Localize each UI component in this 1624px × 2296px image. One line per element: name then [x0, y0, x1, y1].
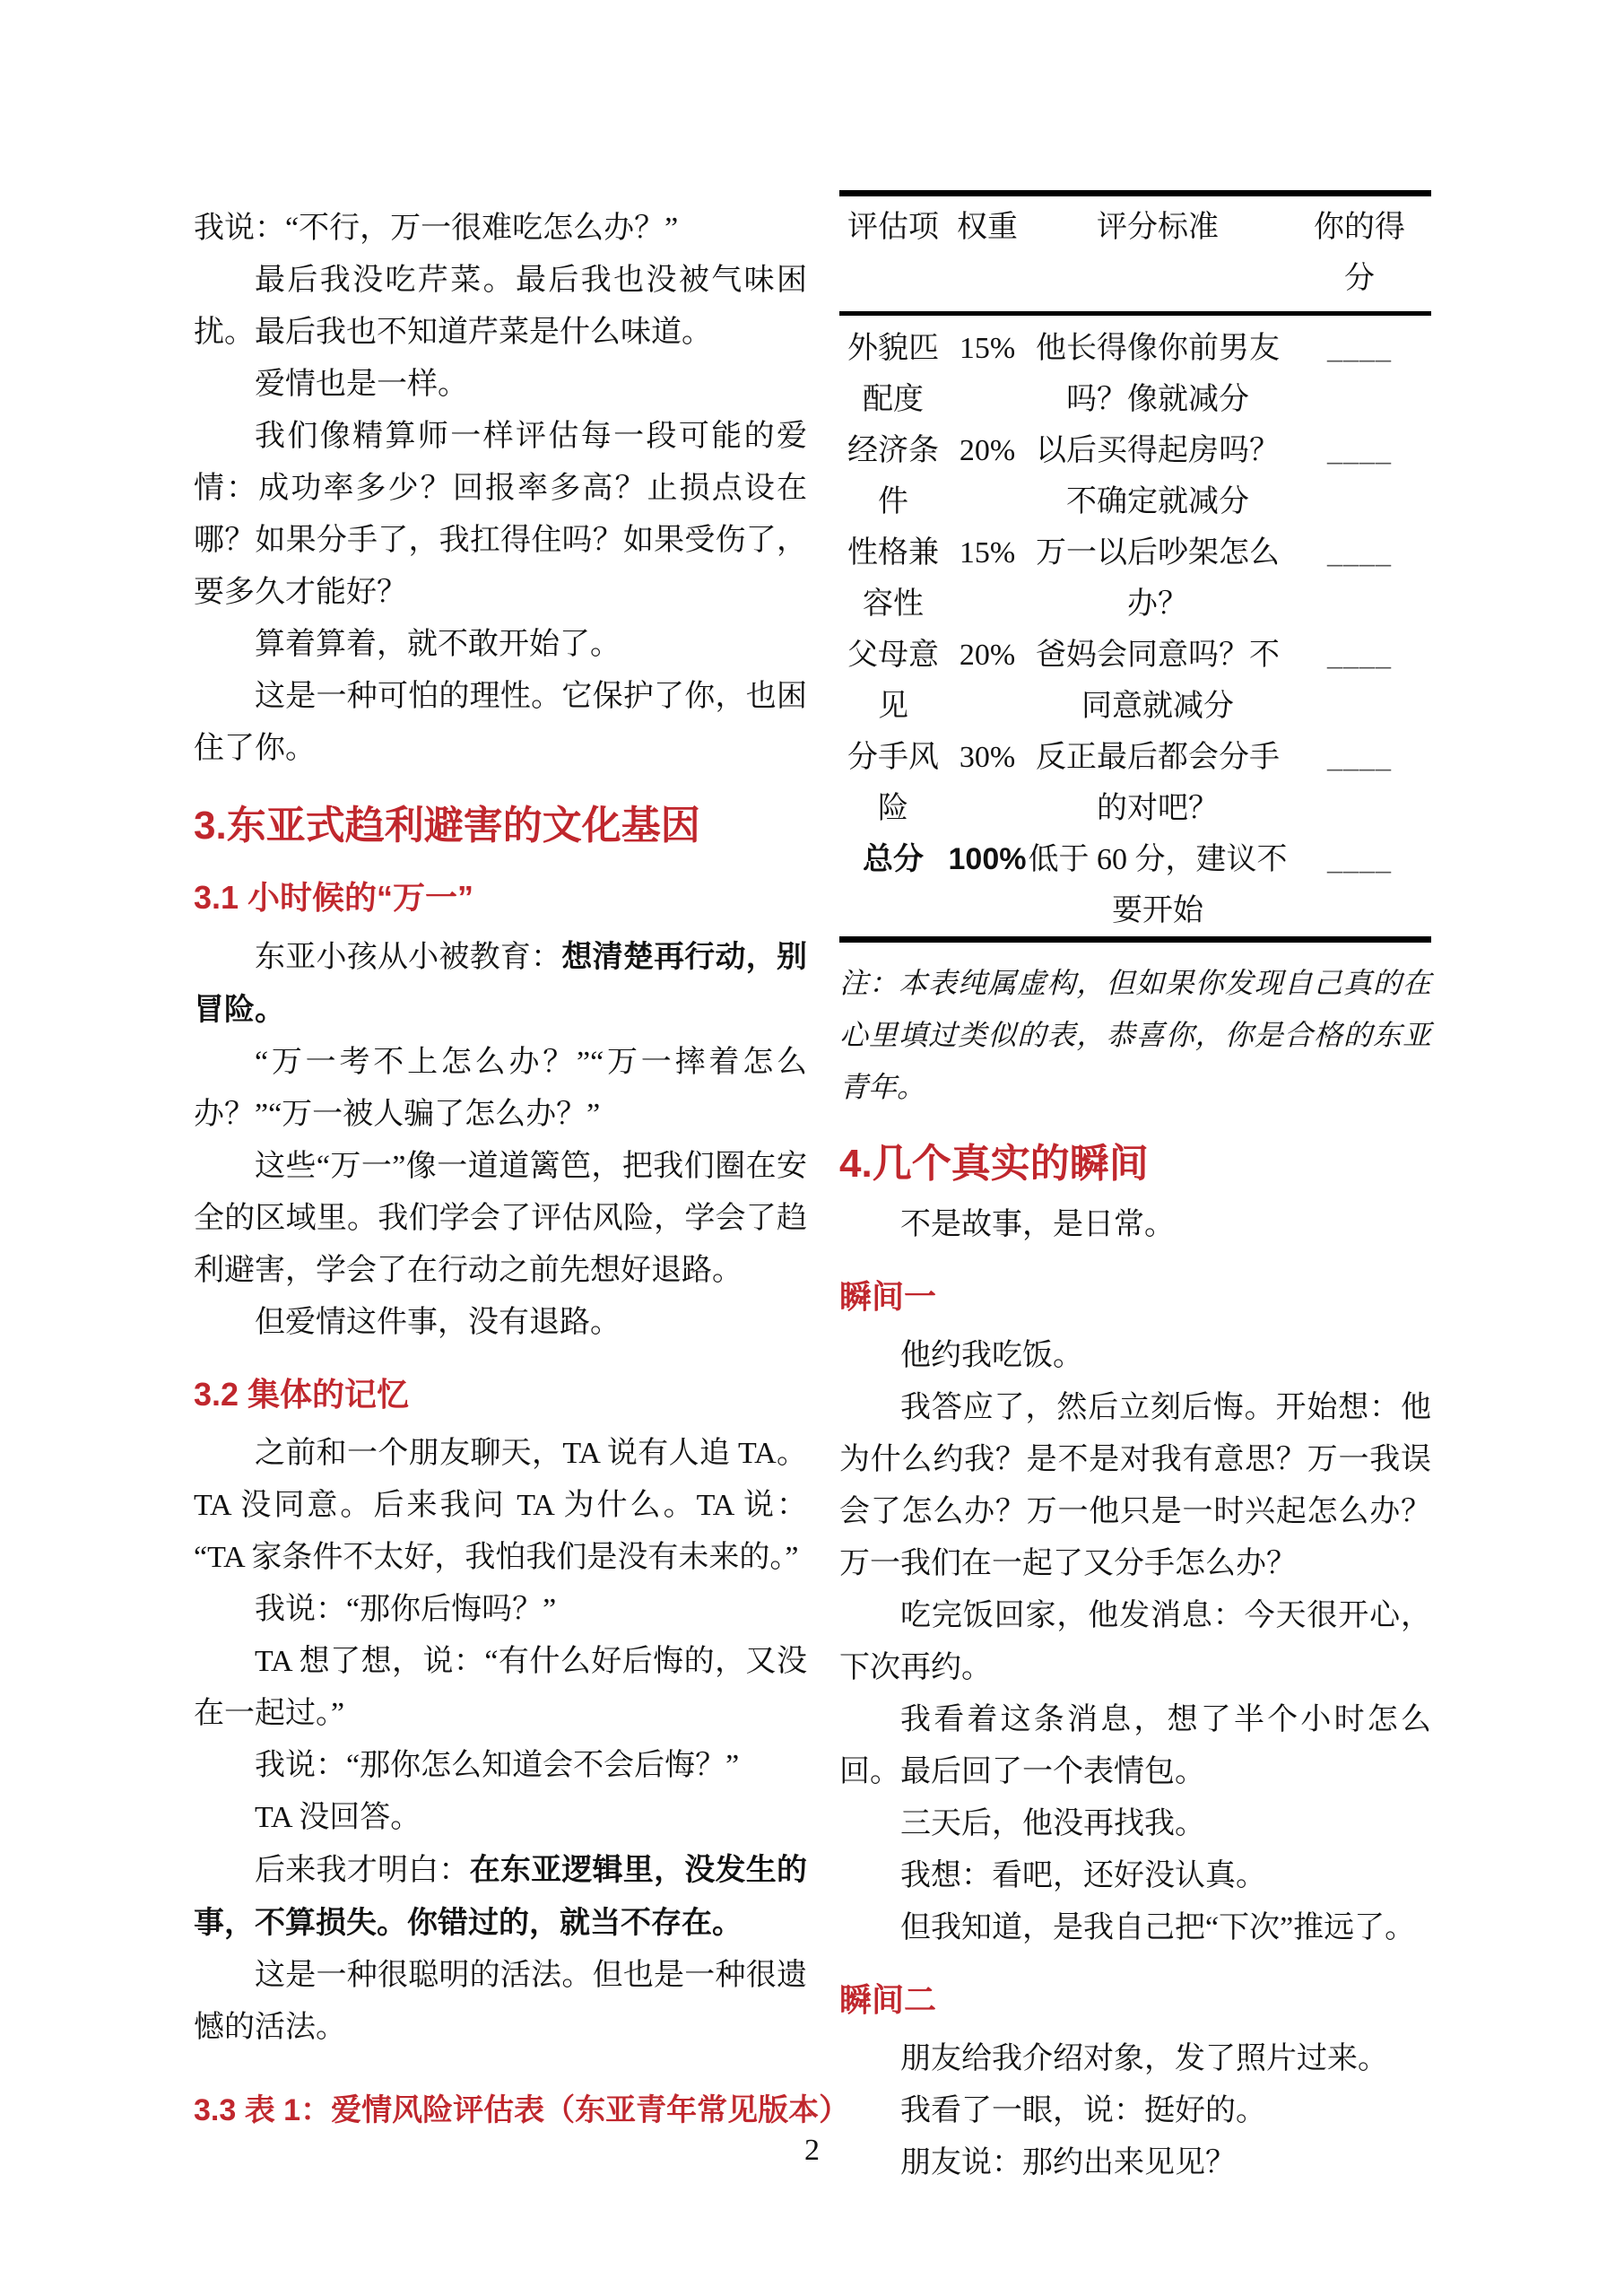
text-run: 我说：“那你怎么知道会不会后悔？”	[255, 1749, 739, 1782]
score-blank-line: ____	[1327, 536, 1392, 570]
text-run: 我想：看吧，还好没认真。	[900, 1859, 1266, 1892]
paragraph: TA 没回答。	[194, 1792, 807, 1844]
text-run: 爱情也是一样。	[255, 368, 468, 401]
text-run: 我们像精算师一样评估每一段可能的爱情：成功率多少？回报率多高？止损点设在哪？如果…	[194, 420, 807, 609]
section-heading: 3.1 小时候的“万一”	[194, 872, 807, 924]
column-header-label: 评分标准	[1097, 211, 1219, 244]
paragraph: 三天后，他没再找我。	[839, 1798, 1431, 1850]
text-run: 他约我吃饭。	[900, 1339, 1083, 1372]
text-run: 但我知道，是我自己把“下次”推远了。	[900, 1911, 1415, 1944]
score-blank-line: ____	[1327, 434, 1392, 467]
paragraph: TA 想了想，说：“有什么好后悔的，又没在一起过。”	[194, 1636, 807, 1740]
section-heading: 3.东亚式趋利避害的文化基因	[194, 800, 807, 852]
paragraph: 但爱情这件事，没有退路。	[194, 1297, 807, 1349]
text-run: 我看着这条消息，想了半个小时怎么回。最后回了一个表情包。	[839, 1703, 1431, 1788]
paragraph: 我说：“那你怎么知道会不会后悔？”	[194, 1740, 807, 1792]
paragraph: 朋友给我介绍对象，发了照片过来。	[839, 2033, 1431, 2085]
paragraph: 我看着这条消息，想了半个小时怎么回。最后回了一个表情包。	[839, 1694, 1431, 1798]
section-heading: 瞬间二	[839, 1974, 1431, 2026]
cell-item: 外貌匹配度	[839, 314, 947, 426]
paragraph: 吃完饭回家，他发消息：今天很开心，下次再约。	[839, 1590, 1431, 1694]
risk-assessment-table: 评估项权重评分标准你的得分外貌匹配度15%他长得像你前男友吗？像就减分____经…	[839, 190, 1431, 943]
paragraph: 我看了一眼，说：挺好的。	[839, 2085, 1431, 2137]
text-run: 之前和一个朋友聊天，TA 说有人追 TA。TA 没同意。后来我问 TA 为什么。…	[194, 1437, 807, 1574]
paragraph: 我想：看吧，还好没认真。	[839, 1850, 1431, 1902]
cell-weight: 20%	[947, 630, 1028, 732]
cell-item: 经济条件	[839, 425, 947, 527]
page-number: 2	[0, 2133, 1624, 2169]
table-footnote: 注：本表纯属虚构，但如果你发现自己真的在心里填过类似的表，恭喜你，你是合格的东亚…	[839, 957, 1431, 1113]
cell-weight: 100%	[947, 834, 1028, 940]
left-column: 我说：“不行，万一很难吃怎么办？”最后我没吃芹菜。最后我也没被气味困扰。最后我也…	[194, 190, 807, 2189]
cell-weight: 15%	[947, 314, 1028, 426]
text-run: 我答应了，然后立刻后悔。开始想：他为什么约我？是不是对我有意思？万一我误会了怎么…	[839, 1391, 1431, 1580]
cell-criteria: 以后买得起房吗？不确定就减分	[1028, 425, 1288, 527]
section-heading: 瞬间一	[839, 1271, 1431, 1323]
paragraph: 但我知道，是我自己把“下次”推远了。	[839, 1902, 1431, 1954]
column-header-criteria: 评分标准	[1028, 194, 1288, 314]
paragraph: 我说：“不行，万一很难吃怎么办？”	[194, 203, 807, 255]
two-column-layout: 我说：“不行，万一很难吃怎么办？”最后我没吃芹菜。最后我也没被气味困扰。最后我也…	[194, 190, 1431, 2189]
table-header-row: 评估项权重评分标准你的得分	[839, 194, 1431, 314]
cell-score: ____	[1288, 732, 1431, 834]
text-run: TA 想了想，说：“有什么好后悔的，又没在一起过。”	[194, 1645, 807, 1730]
text-run: 吃完饭回家，他发消息：今天很开心，下次再约。	[839, 1599, 1431, 1684]
text-run: 但爱情这件事，没有退路。	[255, 1306, 621, 1339]
paragraph: 爱情也是一样。	[194, 359, 807, 411]
cell-score: ____	[1288, 314, 1431, 426]
cell-criteria: 他长得像你前男友吗？像就减分	[1028, 314, 1288, 426]
paragraph: 最后我没吃芹菜。最后我也没被气味困扰。最后我也不知道芹菜是什么味道。	[194, 255, 807, 359]
section-heading: 3.2 集体的记忆	[194, 1369, 807, 1421]
column-header-weight: 权重	[947, 194, 1028, 314]
column-header-label: 你的得分	[1312, 202, 1406, 304]
text-run: 三天后，他没再找我。	[900, 1807, 1205, 1840]
text-run: 东亚小孩从小被教育：	[255, 941, 561, 974]
cell-weight: 15%	[947, 527, 1028, 630]
table-body: 外貌匹配度15%他长得像你前男友吗？像就减分____经济条件20%以后买得起房吗…	[839, 314, 1431, 940]
paragraph: 东亚小孩从小被教育：想清楚再行动，别冒险。	[194, 931, 807, 1037]
cell-score: ____	[1288, 527, 1431, 630]
paragraph: 之前和一个朋友聊天，TA 说有人追 TA。TA 没同意。后来我问 TA 为什么。…	[194, 1428, 807, 1584]
paragraph: 我说：“那你后悔吗？”	[194, 1584, 807, 1636]
cell-criteria: 爸妈会同意吗？不同意就减分	[1028, 630, 1288, 732]
paragraph: 后来我才明白：在东亚逻辑里，没发生的事，不算损失。你错过的，就当不存在。	[194, 1844, 807, 1950]
cell-item: 分手风险	[839, 732, 947, 834]
text-run: 我说：“那你后悔吗？”	[255, 1593, 556, 1626]
column-header-label: 权重	[957, 211, 1018, 244]
text-run: 这是一种很聪明的活法。但也是一种很遗憾的活法。	[194, 1959, 807, 2044]
cell-score: ____	[1288, 630, 1431, 732]
cell-criteria: 反正最后都会分手的对吧？	[1028, 732, 1288, 834]
table-header: 评估项权重评分标准你的得分	[839, 194, 1431, 314]
paragraph: 不是故事，是日常。	[839, 1199, 1431, 1251]
score-blank-line: ____	[1327, 741, 1392, 774]
section-heading: 3.3 表 1：爱情风险评估表（东亚青年常见版本）	[194, 2084, 807, 2136]
paragraph: “万一考不上怎么办？”“万一摔着怎么办？”“万一被人骗了怎么办？”	[194, 1037, 807, 1141]
cell-weight: 20%	[947, 425, 1028, 527]
text-run: 朋友给我介绍对象，发了照片过来。	[900, 2042, 1388, 2075]
paragraph: 他约我吃饭。	[839, 1330, 1431, 1382]
cell-item: 性格兼容性	[839, 527, 947, 630]
text-run: 不是故事，是日常。	[900, 1208, 1175, 1241]
table-row: 分手风险30%反正最后都会分手的对吧？____	[839, 732, 1431, 834]
column-header-label: 评估项	[847, 211, 939, 244]
document-page: 我说：“不行，万一很难吃怎么办？”最后我没吃芹菜。最后我也没被气味困扰。最后我也…	[0, 0, 1624, 2296]
cell-item: 总分	[839, 834, 947, 940]
column-header-score: 你的得分	[1288, 194, 1431, 314]
table-row: 性格兼容性15%万一以后吵架怎么办？____	[839, 527, 1431, 630]
text-run: 我说：“不行，万一很难吃怎么办？”	[194, 212, 678, 245]
cell-weight: 30%	[947, 732, 1028, 834]
text-run: 最后我没吃芹菜。最后我也没被气味困扰。最后我也不知道芹菜是什么味道。	[194, 264, 807, 349]
text-run: 这些“万一”像一道道篱笆，把我们圈在安全的区域里。我们学会了评估风险，学会了趋利…	[194, 1150, 807, 1287]
text-run: TA 没回答。	[255, 1801, 421, 1834]
score-blank-line: ____	[1327, 332, 1392, 365]
paragraph: 我们像精算师一样评估每一段可能的爱情：成功率多少？回报率多高？止损点设在哪？如果…	[194, 411, 807, 619]
table-row: 父母意见20%爸妈会同意吗？不同意就减分____	[839, 630, 1431, 732]
text-run: “万一考不上怎么办？”“万一摔着怎么办？”“万一被人骗了怎么办？”	[194, 1046, 807, 1131]
paragraph: 我答应了，然后立刻后悔。开始想：他为什么约我？是不是对我有意思？万一我误会了怎么…	[839, 1382, 1431, 1590]
cell-item: 父母意见	[839, 630, 947, 732]
cell-criteria: 万一以后吵架怎么办？	[1028, 527, 1288, 630]
table-row: 外貌匹配度15%他长得像你前男友吗？像就减分____	[839, 314, 1431, 426]
text-run: 我看了一眼，说：挺好的。	[900, 2094, 1266, 2127]
paragraph: 算着算着，就不敢开始了。	[194, 619, 807, 671]
cell-criteria: 低于 60 分，建议不要开始	[1028, 834, 1288, 940]
text-run: 算着算着，就不敢开始了。	[255, 628, 621, 661]
text-run: 这是一种可怕的理性。它保护了你，也困住了你。	[194, 680, 807, 765]
section-heading: 4.几个真实的瞬间	[839, 1138, 1431, 1190]
score-blank-line: ____	[1327, 843, 1392, 876]
column-header-item: 评估项	[839, 194, 947, 314]
cell-score: ____	[1288, 425, 1431, 527]
paragraph: 这是一种可怕的理性。它保护了你，也困住了你。	[194, 671, 807, 775]
right-column: 评估项权重评分标准你的得分外貌匹配度15%他长得像你前男友吗？像就减分____经…	[839, 190, 1431, 2189]
text-run: 后来我才明白：	[255, 1854, 470, 1887]
paragraph: 这是一种很聪明的活法。但也是一种很遗憾的活法。	[194, 1950, 807, 2054]
score-blank-line: ____	[1327, 639, 1392, 672]
paragraph: 这些“万一”像一道道篱笆，把我们圈在安全的区域里。我们学会了评估风险，学会了趋利…	[194, 1141, 807, 1297]
table-row: 经济条件20%以后买得起房吗？不确定就减分____	[839, 425, 1431, 527]
table-row: 总分100%低于 60 分，建议不要开始____	[839, 834, 1431, 940]
cell-score: ____	[1288, 834, 1431, 940]
